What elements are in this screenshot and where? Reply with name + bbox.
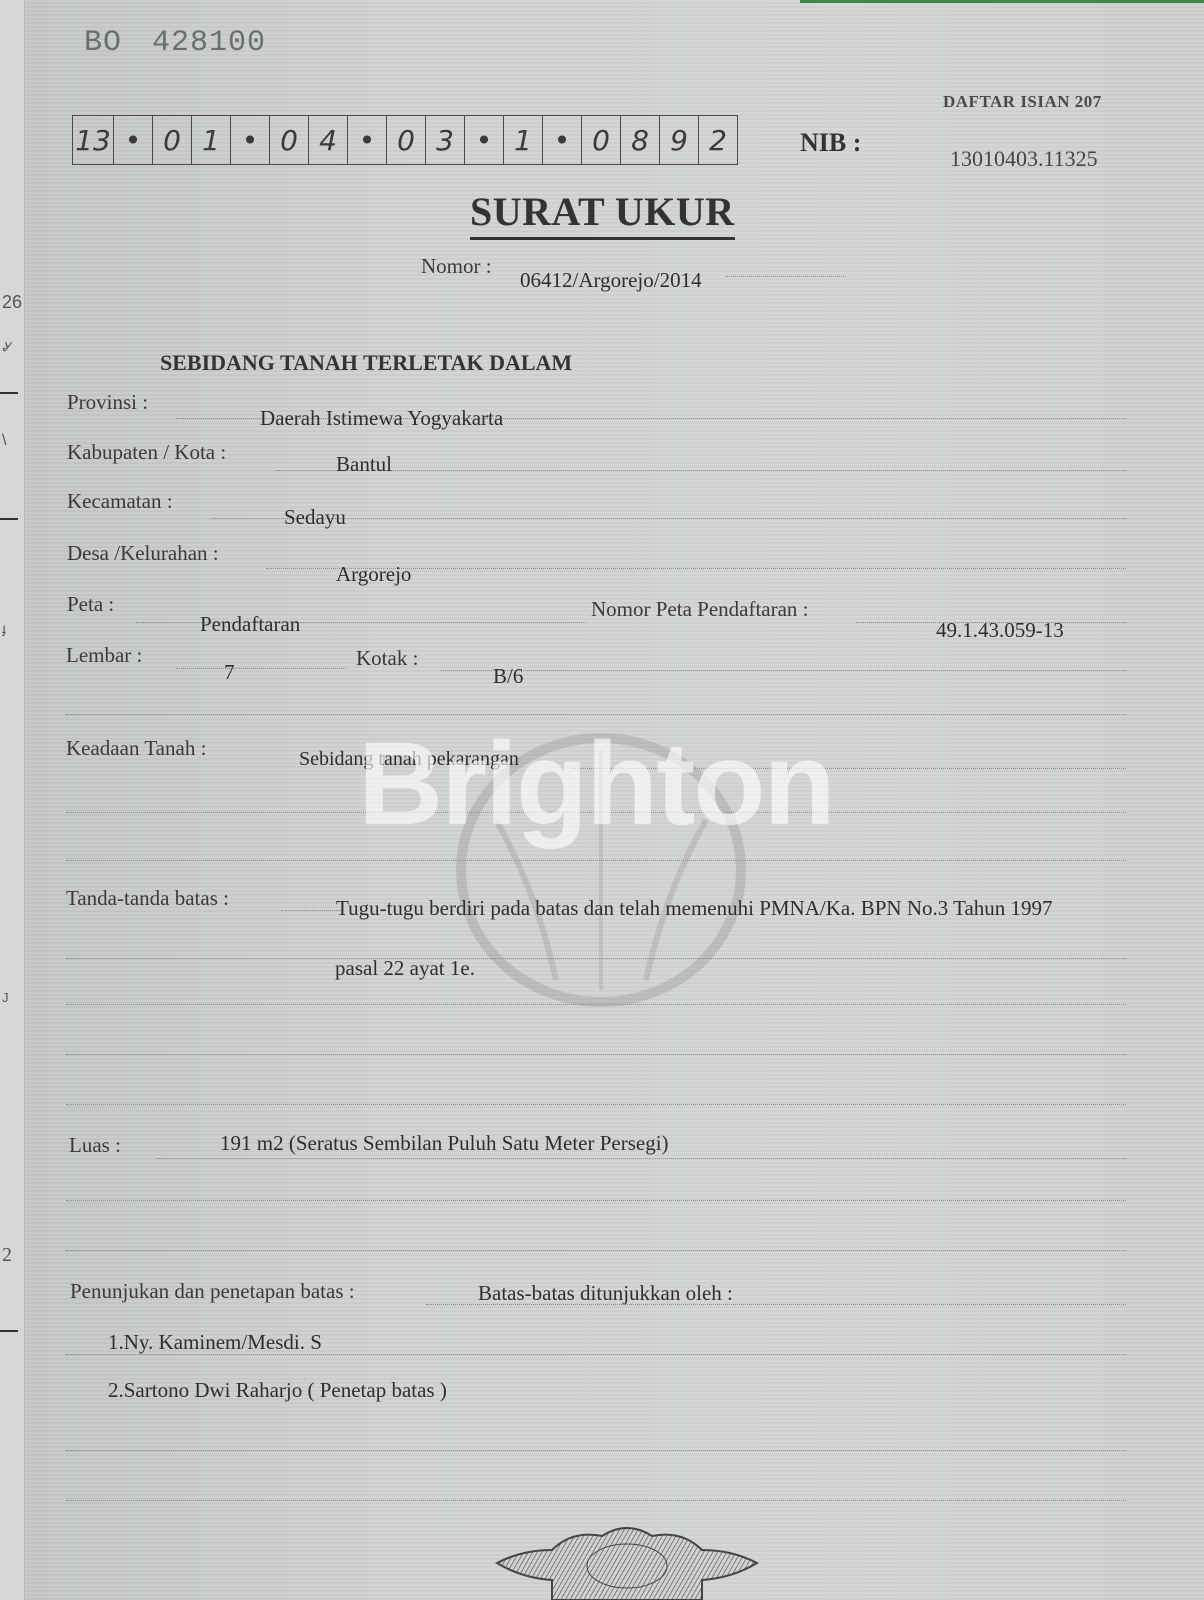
document-title: SURAT UKUR — [470, 188, 735, 240]
lembar-value: 7 — [224, 660, 235, 685]
margin-rule — [0, 518, 18, 520]
code-cell: 1 — [504, 116, 543, 164]
kotak-value: B/6 — [493, 664, 523, 689]
desa-label: Desa /Kelurahan : — [67, 541, 219, 566]
serial-prefix: BO — [84, 26, 122, 60]
code-cell: • — [348, 116, 387, 164]
code-cell: 9 — [660, 116, 699, 164]
kecamatan-label: Kecamatan : — [67, 489, 173, 514]
provinsi-label: Provinsi : — [67, 390, 148, 415]
lembar-label: Lembar : — [66, 643, 142, 668]
code-cell: 0 — [153, 116, 192, 164]
adjacent-page-margin: 26 Ꮍ \ ɟ J 2 — [0, 0, 25, 1600]
tanda-batas-line1: Tugu-tugu berdiri pada batas dan telah m… — [336, 896, 1053, 921]
code-cell: 0 — [387, 116, 426, 164]
margin-mark: \ — [2, 432, 6, 450]
margin-mark: 2 — [2, 1244, 12, 1267]
nomor-peta-label: Nomor Peta Pendaftaran : — [591, 597, 809, 622]
keadaan-tanah-value: Sebidang tanah pekarangan — [299, 748, 519, 771]
code-cell: • — [114, 116, 153, 164]
code-cell: 3 — [426, 116, 465, 164]
surat-ukur-document: BO428100 13 • 0 1 • 0 4 • 0 3 • 1 • 0 8 … — [26, 0, 1204, 1600]
code-cell: 8 — [621, 116, 660, 164]
code-cell: 1 — [192, 116, 231, 164]
kecamatan-value: Sedayu — [284, 505, 346, 530]
peta-value: Pendaftaran — [200, 612, 300, 637]
nomor-value: 06412/Argorejo/2014 — [520, 268, 702, 293]
tanda-batas-line2: pasal 22 ayat 1e. — [335, 956, 475, 981]
kabupaten-value: Bantul — [336, 452, 392, 477]
peta-label: Peta : — [67, 592, 114, 617]
margin-rule — [0, 392, 18, 394]
margin-mark: Ꮍ — [2, 340, 11, 355]
parcel-code-boxes: 13 • 0 1 • 0 4 • 0 3 • 1 • 0 8 9 2 — [72, 115, 738, 165]
code-cell: 4 — [309, 116, 348, 164]
daftar-isian-label: DAFTAR ISIAN 207 — [943, 92, 1102, 112]
brighton-watermark: Brighton — [358, 716, 834, 852]
nib-label: NIB : — [800, 128, 861, 158]
nomor-label: Nomor : — [421, 254, 492, 279]
emblem-watermark-icon — [426, 730, 776, 1010]
green-folder-edge — [800, 0, 1204, 3]
code-cell: • — [465, 116, 504, 164]
location-heading: SEBIDANG TANAH TERLETAK DALAM — [160, 350, 572, 376]
serial-number: BO428100 — [84, 26, 266, 60]
code-cell: • — [231, 116, 270, 164]
code-cell: 0 — [270, 116, 309, 164]
nomor-peta-value: 49.1.43.059-13 — [936, 618, 1064, 643]
margin-rule — [0, 1330, 18, 1332]
penunjukan-label: Penunjukan dan penetapan batas : — [70, 1279, 355, 1304]
serial-value: 428100 — [152, 26, 266, 60]
code-cell: 2 — [699, 116, 737, 164]
tanda-batas-label: Tanda-tanda batas : — [66, 886, 229, 911]
kabupaten-label: Kabupaten / Kota : — [67, 440, 226, 465]
provinsi-value: Daerah Istimewa Yogyakarta — [260, 406, 503, 431]
guilloche-seal-icon — [492, 1518, 762, 1600]
penunjukan-intro: Batas-batas ditunjukkan oleh : — [478, 1281, 733, 1306]
luas-label: Luas : — [69, 1133, 121, 1158]
code-cell: • — [543, 116, 582, 164]
code-cell: 13 — [73, 116, 114, 164]
luas-value: 191 m2 (Seratus Sembilan Puluh Satu Mete… — [220, 1131, 669, 1156]
keadaan-tanah-label: Keadaan Tanah : — [66, 736, 206, 761]
margin-mark: 26 — [2, 292, 22, 313]
person-1: 1.Ny. Kaminem/Mesdi. S — [108, 1330, 322, 1355]
nib-value: 13010403.11325 — [950, 146, 1098, 172]
person-2: 2.Sartono Dwi Raharjo ( Penetap batas ) — [108, 1378, 447, 1403]
margin-mark: J — [2, 990, 9, 1005]
code-cell: 0 — [582, 116, 621, 164]
margin-mark: ɟ — [2, 620, 6, 636]
desa-value: Argorejo — [336, 562, 411, 587]
kotak-label: Kotak : — [356, 646, 418, 671]
